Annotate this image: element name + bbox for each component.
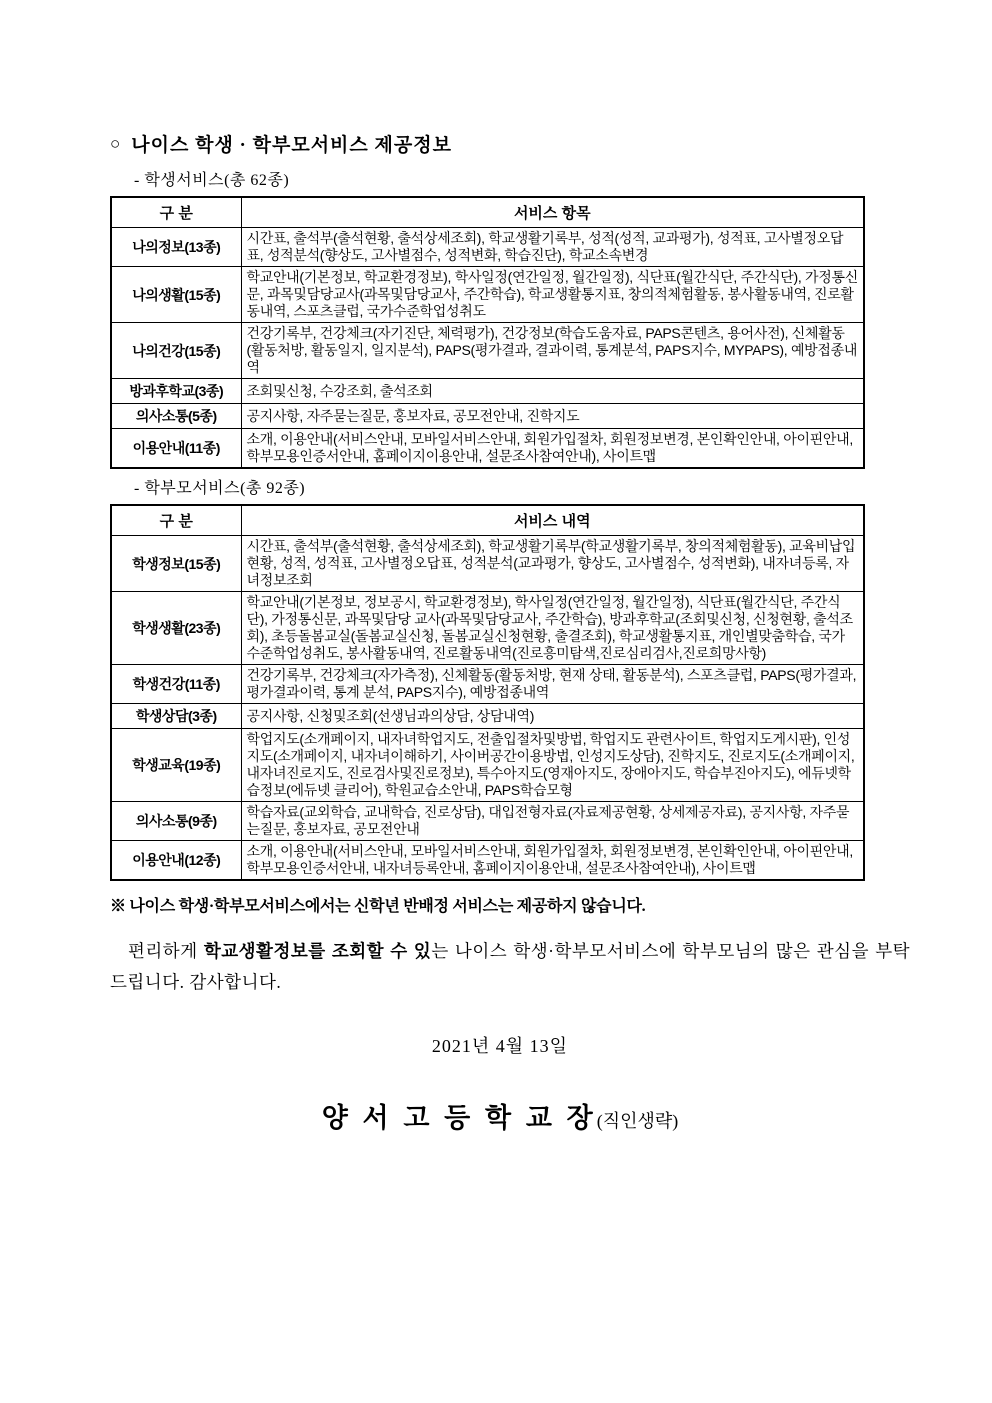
table-row: 학생상담(3종)공지사항, 신청및조회(선생님과의상담, 상담내역): [111, 704, 864, 729]
table-row: 나의생활(15종)학교안내(기본정보, 학교환경정보), 학사일정(연간일정, …: [111, 267, 864, 323]
circle-bullet-icon: ○: [110, 134, 121, 154]
service-items-cell: 학교안내(기본정보, 정보공시, 학교환경정보), 학사일정(연간일정, 월간일…: [241, 592, 864, 665]
document-page: ○ 나이스 학생 · 학부모서비스 제공정보 - 학생서비스(총 62종) 구 …: [0, 0, 992, 1403]
table-row: 이용안내(11종)소개, 이용안내(서비스안내, 모바일서비스안내, 회원가입절…: [111, 429, 864, 469]
table-row: 학생교육(19종)학업지도(소개페이지, 내자녀학업지도, 전출입절차및방법, …: [111, 729, 864, 802]
category-cell: 학생건강(11종): [111, 665, 241, 704]
service-items-cell: 조회및신청, 수강조회, 출석조회: [241, 379, 864, 404]
service-items-cell: 공지사항, 신청및조회(선생님과의상담, 상담내역): [241, 704, 864, 729]
service-items-cell: 공지사항, 자주묻는질문, 홍보자료, 공모전안내, 진학지도: [241, 404, 864, 429]
table-row: 의사소통(5종)공지사항, 자주묻는질문, 홍보자료, 공모전안내, 진학지도: [111, 404, 864, 429]
category-cell: 나의건강(15종): [111, 323, 241, 379]
principal-signature: 양 서 고 등 학 교 장: [322, 1103, 597, 1133]
service-items-cell: 건강기록부, 건강체크(자기진단, 체력평가), 건강정보(학습도움자료, PA…: [241, 323, 864, 379]
service-items-cell: 시간표, 출석부(출석현황, 출석상세조회), 학교생활기록부(학교생활기록부,…: [241, 536, 864, 592]
table-row: 학생건강(11종)건강기록부, 건강체크(자가측정), 신체활동(활동처방, 현…: [111, 665, 864, 704]
service-items-cell: 학습자료(교외학습, 교내학습, 진로상담), 대입전형자료(자료제공현황, 상…: [241, 802, 864, 841]
category-cell: 학생정보(15종): [111, 536, 241, 592]
category-cell: 방과후학교(3종): [111, 379, 241, 404]
student-service-label: - 학생서비스(총 62종): [134, 167, 910, 190]
table-row: 의사소통(9종)학습자료(교외학습, 교내학습, 진로상담), 대입전형자료(자…: [111, 802, 864, 841]
service-items-cell: 건강기록부, 건강체크(자가측정), 신체활동(활동처방, 현재 상태, 활동분…: [241, 665, 864, 704]
page-title-text: 나이스 학생 · 학부모서비스 제공정보: [131, 130, 452, 157]
table-row: 나의정보(13종)시간표, 출석부(출석현황, 출석상세조회), 학교생활기록부…: [111, 228, 864, 267]
column-header-items: 서비스 항목: [241, 197, 864, 228]
service-items-cell: 소개, 이용안내(서비스안내, 모바일서비스안내, 회원가입절차, 회원정보변경…: [241, 841, 864, 881]
category-cell: 나의생활(15종): [111, 267, 241, 323]
category-cell: 의사소통(5종): [111, 404, 241, 429]
category-cell: 학생생활(23종): [111, 592, 241, 665]
page-title: ○ 나이스 학생 · 학부모서비스 제공정보: [110, 130, 910, 157]
disclaimer-note: ※ 나이스 학생·학부모서비스에서는 신학년 반배정 서비스는 제공하지 않습니…: [110, 893, 910, 916]
table-row: 나의건강(15종)건강기록부, 건강체크(자기진단, 체력평가), 건강정보(학…: [111, 323, 864, 379]
service-items-cell: 학업지도(소개페이지, 내자녀학업지도, 전출입절차및방법, 학업지도 관련사이…: [241, 729, 864, 802]
table-row: 방과후학교(3종)조회및신청, 수강조회, 출석조회: [111, 379, 864, 404]
student-service-table: 구 분 서비스 항목 나의정보(13종)시간표, 출석부(출석현황, 출석상세조…: [110, 196, 865, 469]
table-header-row: 구 분 서비스 항목: [111, 197, 864, 228]
closing-prefix: 편리하게: [128, 941, 204, 961]
table-header-row: 구 분 서비스 내역: [111, 505, 864, 536]
document-content: ○ 나이스 학생 · 학부모서비스 제공정보 - 학생서비스(총 62종) 구 …: [110, 130, 910, 1135]
table-row: 학생생활(23종)학교안내(기본정보, 정보공시, 학교환경정보), 학사일정(…: [111, 592, 864, 665]
column-header-items: 서비스 내역: [241, 505, 864, 536]
service-items-cell: 시간표, 출석부(출석현황, 출석상세조회), 학교생활기록부, 성적(성적, …: [241, 228, 864, 267]
stamp-omitted-note: (직인생략): [597, 1111, 679, 1131]
category-cell: 이용안내(11종): [111, 429, 241, 469]
closing-bold-text: 학교생활정보를 조회할 수 있: [204, 941, 431, 961]
table-row: 이용안내(12종)소개, 이용안내(서비스안내, 모바일서비스안내, 회원가입절…: [111, 841, 864, 881]
category-cell: 학생교육(19종): [111, 729, 241, 802]
parent-service-label: - 학부모서비스(총 92종): [134, 475, 910, 498]
category-cell: 나의정보(13종): [111, 228, 241, 267]
category-cell: 의사소통(9종): [111, 802, 241, 841]
service-items-cell: 학교안내(기본정보, 학교환경정보), 학사일정(연간일정, 월간일정), 식단…: [241, 267, 864, 323]
closing-paragraph: 편리하게 학교생활정보를 조회할 수 있는 나이스 학생·학부모서비스에 학부모…: [110, 936, 910, 998]
parent-service-table: 구 분 서비스 내역 학생정보(15종)시간표, 출석부(출석현황, 출석상세조…: [110, 504, 865, 881]
column-header-category: 구 분: [111, 197, 241, 228]
service-items-cell: 소개, 이용안내(서비스안내, 모바일서비스안내, 회원가입절차, 회원정보변경…: [241, 429, 864, 469]
signature-block: 양 서 고 등 학 교 장(직인생략): [110, 1096, 890, 1135]
document-date: 2021년 4월 13일: [110, 1032, 890, 1058]
category-cell: 이용안내(12종): [111, 841, 241, 881]
category-cell: 학생상담(3종): [111, 704, 241, 729]
table-row: 학생정보(15종)시간표, 출석부(출석현황, 출석상세조회), 학교생활기록부…: [111, 536, 864, 592]
column-header-category: 구 분: [111, 505, 241, 536]
